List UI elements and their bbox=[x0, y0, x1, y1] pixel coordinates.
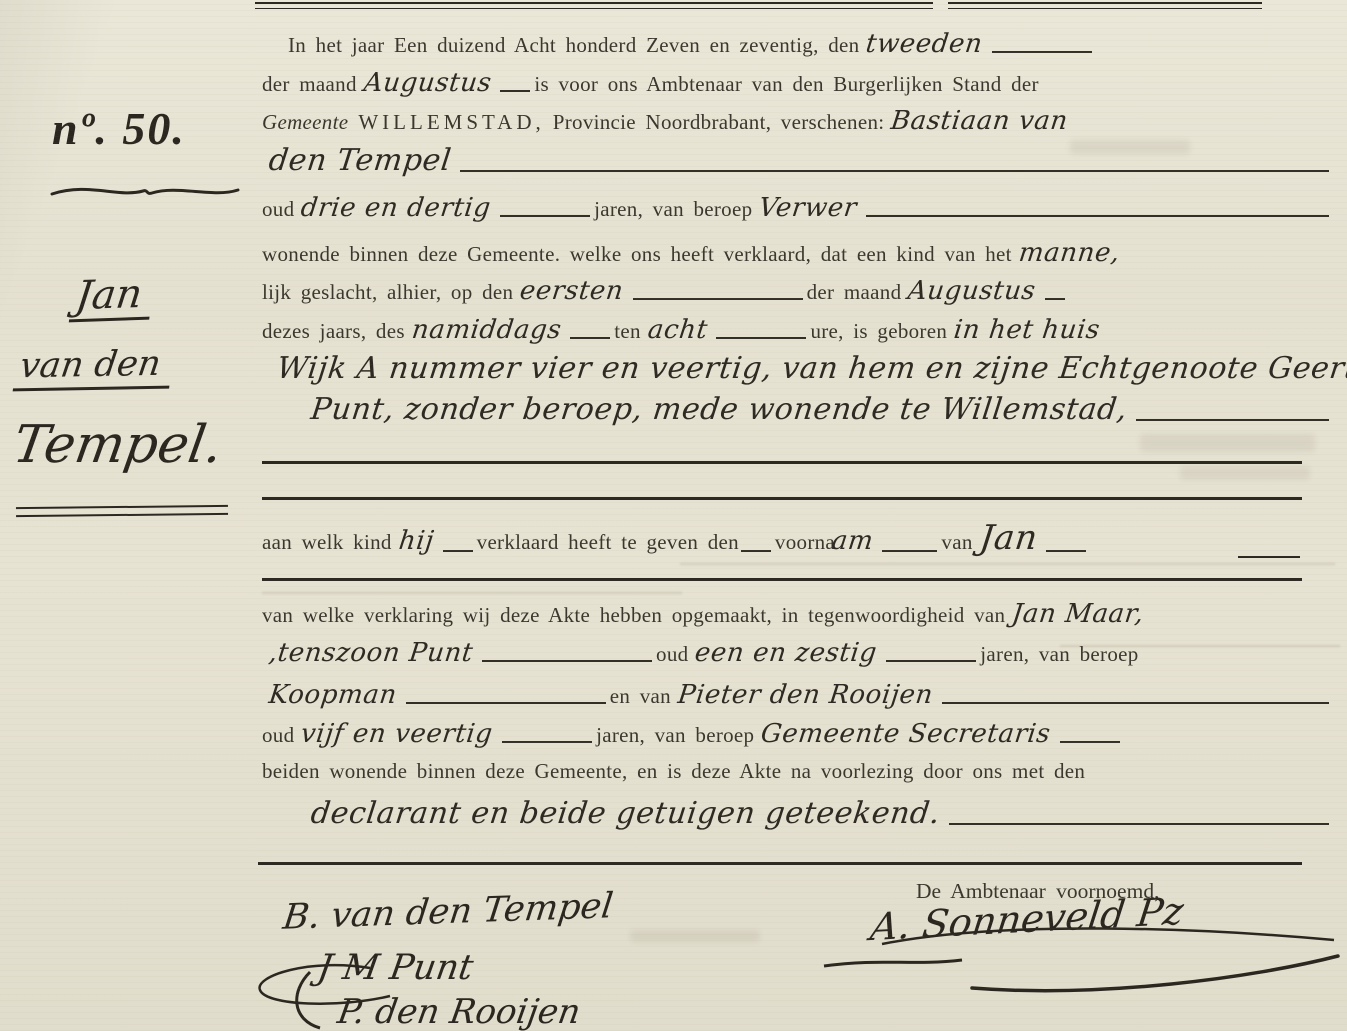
fill-rule bbox=[406, 702, 606, 704]
form-text: wonende binnen deze Gemeente. welke ons … bbox=[262, 242, 1012, 267]
blank-line-rule bbox=[262, 461, 1302, 464]
act-line-witness2: Koopman en van Pieter den Rooijen bbox=[262, 680, 1333, 710]
fill-rule bbox=[502, 741, 592, 743]
act-line-witness2-age: oud vijf en veertig jaren, van beroep Ge… bbox=[262, 719, 1333, 749]
fill-rule bbox=[741, 550, 771, 552]
showthrough-smudge bbox=[1180, 466, 1310, 480]
fill-rule bbox=[460, 170, 1329, 172]
field-registration-month: Augustus bbox=[355, 68, 500, 98]
form-text: dezes jaars, des bbox=[262, 319, 405, 344]
form-text: der maand bbox=[807, 280, 902, 305]
field-witness2-occupation: Gemeente Secretaris bbox=[753, 719, 1060, 749]
fill-rule bbox=[949, 823, 1329, 825]
field-declarant-occupation: Verwer bbox=[751, 193, 867, 223]
blank-line-rule bbox=[262, 497, 1302, 500]
fill-rule bbox=[716, 337, 806, 339]
fill-rule bbox=[992, 51, 1092, 53]
fill-rule bbox=[1060, 741, 1120, 743]
field-mother: Punt, zonder beroep, mede wonende te Wil… bbox=[302, 392, 1137, 427]
record-number: nº. 50. bbox=[52, 102, 186, 155]
form-text: ten bbox=[614, 319, 641, 344]
margin-child-name-infix: van den bbox=[13, 344, 176, 392]
form-text: oud bbox=[262, 197, 294, 222]
field-declarant-name-continued: den Tempel bbox=[260, 143, 461, 178]
signature-flourish bbox=[822, 926, 1342, 996]
field-pronoun: hij bbox=[390, 526, 443, 556]
fill-rule bbox=[866, 215, 1329, 217]
field-witness2-age: vijf en veertig bbox=[293, 719, 502, 749]
fill-rule bbox=[443, 550, 473, 552]
field-child-first-name: Jan bbox=[970, 518, 1047, 558]
field-birth-hour: acht bbox=[639, 315, 716, 345]
separator-rule bbox=[258, 862, 1302, 865]
form-text: van welke verklaring wij deze Akte hebbe… bbox=[262, 603, 1005, 628]
showthrough-smudge bbox=[1140, 434, 1315, 452]
field-closing: declarant en beide getuigen geteekend. bbox=[302, 796, 949, 831]
field-birth-place: in het huis bbox=[945, 315, 1109, 345]
municipality-name: WILLEMSTAD, bbox=[358, 110, 544, 135]
field-witness1-name-continued: ,tenszoon Punt bbox=[260, 638, 482, 668]
field-birth-address: Wijk A nummer vier en veertig, van hem e… bbox=[268, 351, 1347, 386]
form-text: en van bbox=[610, 684, 671, 709]
field-birth-day: eersten bbox=[511, 276, 632, 306]
flourish-underline bbox=[48, 178, 243, 204]
fill-rule bbox=[500, 90, 530, 92]
act-line-birth-day: lijk geslacht, alhier, op den eersten de… bbox=[262, 276, 1333, 306]
act-line-birth-hour: dezes jaars, des namiddags ten acht ure,… bbox=[262, 315, 1333, 345]
showthrough-line bbox=[680, 563, 1335, 565]
field-voornaam-suffix: am bbox=[830, 526, 882, 556]
form-text: der maand bbox=[262, 72, 357, 97]
form-text: ure, is geboren bbox=[810, 319, 947, 344]
double-underline bbox=[16, 505, 228, 517]
fill-rule bbox=[1045, 298, 1065, 300]
birth-certificate-scan: nº. 50. Jan van den Tempel. In het jaar … bbox=[0, 0, 1347, 1031]
act-line-age-occupation: oud drie en dertig jaren, van beroep Ver… bbox=[262, 193, 1333, 223]
act-line-closing: beiden wonende binnen deze Gemeente, en … bbox=[262, 759, 1333, 784]
showthrough-line bbox=[262, 592, 682, 594]
signature-flourish bbox=[250, 962, 450, 1031]
form-text: oud bbox=[262, 723, 294, 748]
separator-rule bbox=[262, 578, 1302, 581]
act-line-closing-script: declarant en beide getuigen geteekend. bbox=[262, 796, 1333, 831]
form-text: jaren, van beroep bbox=[596, 723, 754, 748]
act-line-mother: Punt, zonder beroep, mede wonende te Wil… bbox=[262, 392, 1333, 427]
field-witness1-occupation: Koopman bbox=[260, 680, 405, 710]
field-day-part: namiddags bbox=[403, 315, 570, 345]
fill-rule bbox=[570, 337, 610, 339]
form-text: beiden wonende binnen deze Gemeente, en … bbox=[262, 759, 1085, 784]
form-text: van bbox=[941, 530, 972, 555]
fill-rule bbox=[482, 660, 652, 662]
form-text: jaren, van beroep bbox=[980, 642, 1138, 667]
field-birth-month: Augustus bbox=[900, 276, 1045, 306]
top-edge-rule-left bbox=[255, 2, 933, 9]
form-text: aan welk kind bbox=[262, 530, 392, 555]
margin-child-surname: Tempel. bbox=[9, 415, 226, 475]
act-line-child-name: aan welk kind hij verklaard heeft te gev… bbox=[262, 518, 1333, 558]
top-edge-rule-right bbox=[948, 2, 1262, 9]
form-text: Gemeente bbox=[262, 110, 348, 135]
form-text: oud bbox=[656, 642, 688, 667]
short-dash-rule bbox=[1238, 556, 1300, 558]
fill-rule bbox=[886, 660, 976, 662]
field-witness2-name: Pieter den Rooijen bbox=[669, 680, 942, 710]
field-witness1-name: Jan Maar, bbox=[1003, 599, 1152, 629]
form-text: is voor ons Ambtenaar van den Burgerlijk… bbox=[534, 72, 1038, 97]
act-line-witness1: ,tenszoon Punt oud een en zestig jaren, … bbox=[262, 638, 1333, 668]
act-line-month: der maand Augustus is voor ons Ambtenaar… bbox=[262, 68, 1333, 98]
form-text: lijk geslacht, alhier, op den bbox=[262, 280, 513, 305]
act-line-declaration: wonende binnen deze Gemeente. welke ons … bbox=[262, 238, 1333, 268]
field-declarant-name: Bastiaan van bbox=[883, 106, 1078, 136]
field-gender: manne, bbox=[1010, 238, 1129, 268]
act-line-witnesses-intro: van welke verklaring wij deze Akte hebbe… bbox=[262, 599, 1333, 629]
field-declarant-age: drie en dertig bbox=[293, 193, 500, 223]
fill-rule bbox=[942, 702, 1329, 704]
fill-rule bbox=[500, 215, 590, 217]
fill-rule bbox=[882, 550, 937, 552]
act-line-municipality: Gemeente WILLEMSTAD, Provincie Noordbrab… bbox=[262, 106, 1333, 136]
field-witness1-age: een en zestig bbox=[687, 638, 887, 668]
margin-child-first-name: Jan bbox=[69, 271, 155, 323]
fill-rule bbox=[1136, 419, 1329, 421]
fill-rule bbox=[633, 298, 803, 300]
form-text: voorna bbox=[775, 530, 835, 555]
form-text: Provincie Noordbrabant, verschenen: bbox=[553, 110, 885, 135]
showthrough-smudge bbox=[630, 930, 760, 942]
field-registration-day: tweeden bbox=[858, 29, 992, 59]
act-line-declarant: den Tempel bbox=[262, 143, 1333, 178]
form-text: verklaard heeft te geven den bbox=[477, 530, 739, 555]
act-line-birth-address: Wijk A nummer vier en veertig, van hem e… bbox=[262, 351, 1333, 386]
declarant-signature: B. van den Tempel bbox=[281, 886, 615, 937]
fill-rule bbox=[1046, 550, 1086, 552]
form-text: jaren, van beroep bbox=[594, 197, 752, 222]
act-line-year: In het jaar Een duizend Acht honderd Zev… bbox=[262, 29, 1333, 59]
form-text: In het jaar Een duizend Acht honderd Zev… bbox=[288, 33, 859, 58]
